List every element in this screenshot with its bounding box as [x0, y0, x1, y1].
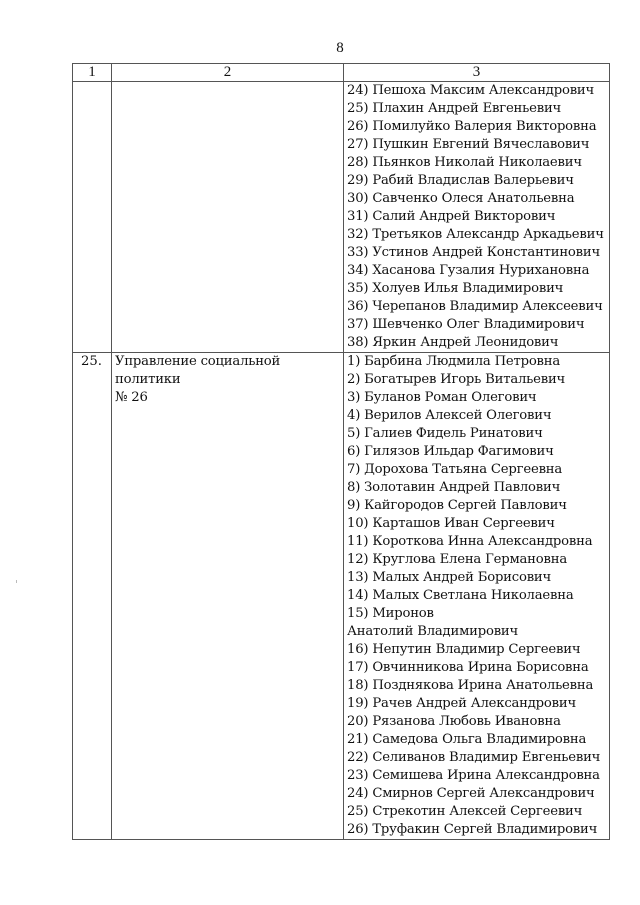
- member-list: 24) Пешоха Максим Александрович25) Плахи…: [347, 82, 606, 352]
- members-table: 1 2 3 24) Пешоха Максим Александрович25)…: [72, 63, 610, 840]
- member-list-item: 24) Пешоха Максим Александрович: [347, 82, 606, 100]
- member-list-item: Анатолий Владимирович: [347, 623, 606, 641]
- member-list-item: 5) Галиев Фидель Ринатович: [347, 425, 606, 443]
- member-list-item: 21) Самедова Ольга Владимировна: [347, 731, 606, 749]
- member-list-item: 23) Семишева Ирина Александровна: [347, 767, 606, 785]
- member-list-item: 37) Шевченко Олег Владимирович: [347, 316, 606, 334]
- member-list-item: 20) Рязанова Любовь Ивановна: [347, 713, 606, 731]
- department-name-line2: № 26: [115, 389, 340, 407]
- member-list-item: 2) Богатырев Игорь Витальевич: [347, 371, 606, 389]
- member-list-item: 3) Буланов Роман Олегович: [347, 389, 606, 407]
- member-list-item: 28) Пьянков Николай Николаевич: [347, 154, 606, 172]
- header-col-2: 2: [112, 64, 344, 82]
- member-list-item: 9) Кайгородов Сергей Павлович: [347, 497, 606, 515]
- member-list-item: 35) Холуев Илья Владимирович: [347, 280, 606, 298]
- member-list-item: 15) Миронов: [347, 605, 606, 623]
- member-list-item: 13) Малых Андрей Борисович: [347, 569, 606, 587]
- member-list-item: 30) Савченко Олеся Анатольевна: [347, 190, 606, 208]
- table-header-row: 1 2 3: [73, 64, 610, 82]
- scan-artifact: [16, 580, 17, 583]
- member-list-item: 33) Устинов Андрей Константинович: [347, 244, 606, 262]
- member-list-item: 14) Малых Светлана Николаевна: [347, 587, 606, 605]
- member-list-item: 4) Верилов Алексей Олегович: [347, 407, 606, 425]
- member-list-item: 1) Барбина Людмила Петровна: [347, 353, 606, 371]
- department-cell: Управление социальной политики № 26: [112, 353, 344, 840]
- member-list-item: 10) Карташов Иван Сергеевич: [347, 515, 606, 533]
- member-list-item: 7) Дорохова Татьяна Сергеевна: [347, 461, 606, 479]
- member-list-item: 6) Гилязов Ильдар Фагимович: [347, 443, 606, 461]
- member-list-item: 36) Черепанов Владимир Алексеевич: [347, 298, 606, 316]
- member-list-item: 38) Яркин Андрей Леонидович: [347, 334, 606, 352]
- member-list-item: 27) Пушкин Евгений Вячеславович: [347, 136, 606, 154]
- member-list-item: 29) Рабий Владислав Валерьевич: [347, 172, 606, 190]
- member-list-item: 25) Стрекотин Алексей Сергеевич: [347, 803, 606, 821]
- members-cell: 1) Барбина Людмила Петровна2) Богатырев …: [344, 353, 610, 840]
- member-list-item: 16) Непутин Владимир Сергеевич: [347, 641, 606, 659]
- row-number: 25.: [73, 353, 112, 840]
- page-number: 8: [0, 40, 640, 57]
- member-list-item: 32) Третьяков Александр Аркадьевич: [347, 226, 606, 244]
- member-list-item: 19) Рачев Андрей Александрович: [347, 695, 606, 713]
- member-list-item: 26) Помилуйко Валерия Викторовна: [347, 118, 606, 136]
- table-row: 25. Управление социальной политики № 26 …: [73, 353, 610, 840]
- table-row: 24) Пешоха Максим Александрович25) Плахи…: [73, 82, 610, 353]
- header-col-1: 1: [73, 64, 112, 82]
- member-list-item: 26) Труфакин Сергей Владимирович: [347, 821, 606, 839]
- member-list-item: 31) Салий Андрей Викторович: [347, 208, 606, 226]
- member-list-item: 17) Овчинникова Ирина Борисовна: [347, 659, 606, 677]
- row-number: [73, 82, 112, 353]
- department-name: Управление социальной политики: [115, 353, 340, 389]
- member-list-item: 11) Короткова Инна Александровна: [347, 533, 606, 551]
- member-list-item: 34) Хасанова Гузалия Нурихановна: [347, 262, 606, 280]
- member-list-item: 24) Смирнов Сергей Александрович: [347, 785, 606, 803]
- header-col-3: 3: [344, 64, 610, 82]
- department-cell: [112, 82, 344, 353]
- members-cell: 24) Пешоха Максим Александрович25) Плахи…: [344, 82, 610, 353]
- member-list-item: 22) Селиванов Владимир Евгеньевич: [347, 749, 606, 767]
- member-list-item: 25) Плахин Андрей Евгеньевич: [347, 100, 606, 118]
- member-list-item: 18) Позднякова Ирина Анатольевна: [347, 677, 606, 695]
- member-list-item: 8) Золотавин Андрей Павлович: [347, 479, 606, 497]
- member-list: 1) Барбина Людмила Петровна2) Богатырев …: [347, 353, 606, 839]
- member-list-item: 12) Круглова Елена Германовна: [347, 551, 606, 569]
